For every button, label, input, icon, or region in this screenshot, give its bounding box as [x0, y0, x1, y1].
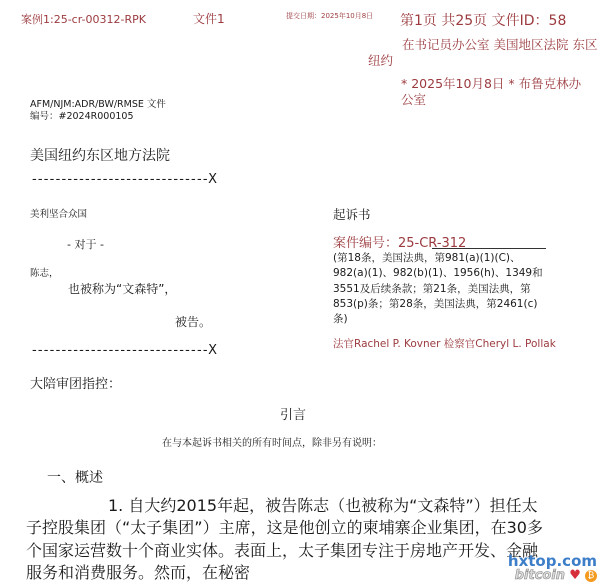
- bitcoin-icon: ₿: [585, 570, 597, 582]
- defendant-name: 陈志，: [30, 265, 59, 279]
- statutes: (第18条，美国法典，第981(a)(1)(C)、982(a)(1)、982(b…: [333, 251, 548, 327]
- grand-jury-heading: 大陪审团指控：: [30, 373, 121, 392]
- case-number-underline: [432, 248, 546, 249]
- versus: - 对于 -: [67, 236, 104, 252]
- defendant-aka: 也被称为“文森特”，: [68, 280, 176, 297]
- judges: 法官Rachel P. Kovner 检察官Cheryl L. Pollak: [333, 337, 573, 352]
- watermark-site: hxtop.com: [508, 554, 597, 569]
- indictment-title: 起诉书: [333, 205, 371, 223]
- court-name: 美国纽约东区地方法院: [30, 145, 170, 165]
- clerk-stamp-date: * 2025年10月8日 * 布鲁克林办公室: [401, 76, 591, 108]
- plaintiff: 美利坚合众国: [30, 206, 87, 220]
- preamble: 在与本起诉书相关的所有时间点，除非另有说明：: [162, 434, 382, 449]
- watermark-tag: bitcoin: [515, 568, 565, 583]
- reference-number: AFM/NJM:ADR/BW/RMSE 文件 编号：#2024R000105: [30, 99, 166, 123]
- page-header: 第1页 共25页 文件ID：58: [400, 10, 566, 30]
- heart-icon: ♥: [569, 568, 581, 583]
- section-heading-overview: 一、概述: [47, 467, 103, 487]
- caption-divider-bottom: ------------------------------X: [32, 343, 218, 358]
- clerk-stamp-office: 在书记员办公室 美国地区法院 东区纽约: [368, 37, 600, 69]
- defendant-label: 被告。: [175, 313, 211, 330]
- introduction-heading: 引言: [280, 404, 306, 423]
- document-header: 文件1: [193, 10, 225, 27]
- paragraph-1: 1. 自大约2015年起，被告陈志（也被称为“文森特”）担任太子控股集团（“太子…: [26, 495, 546, 584]
- caption-divider-top: ------------------------------X: [32, 172, 218, 187]
- case-header: 案例1:25-cr-00312-RPK: [21, 11, 146, 27]
- filed-date-header: 提交日期：2025年10月8日: [286, 11, 373, 21]
- watermark: hxtop.com bitcoin ♥ ₿: [508, 554, 597, 583]
